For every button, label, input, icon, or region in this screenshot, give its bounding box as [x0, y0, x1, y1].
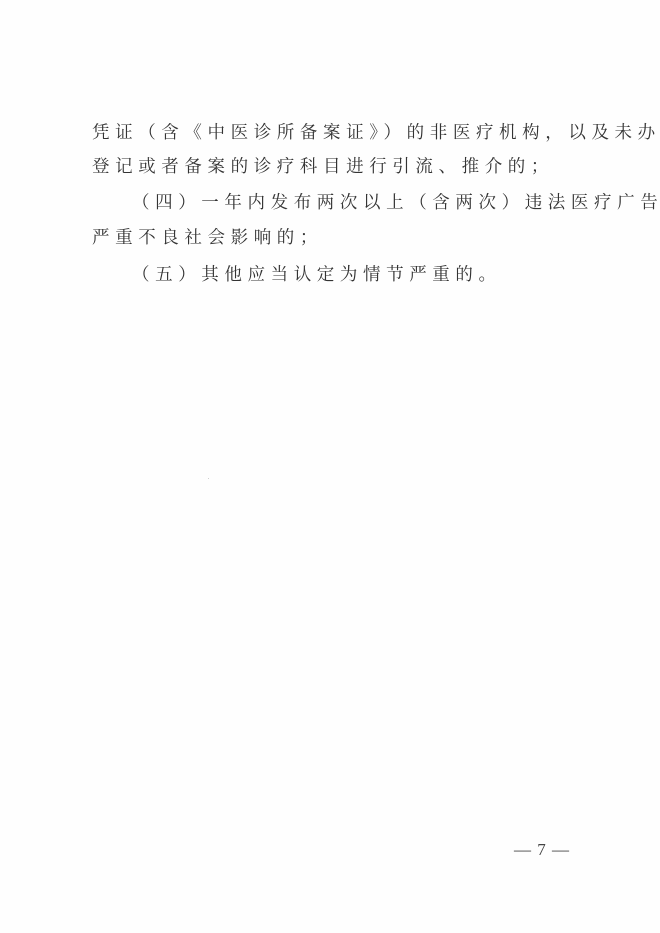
paragraph-continuation-line-2: 登记或者备案的诊疗科目进行引流、推介的；	[92, 156, 584, 178]
item-5-line-1: （五）其他应当认定为情节严重的。	[132, 264, 584, 286]
paragraph-continuation-line-1: 凭证（含《中医诊所备案证》）的非医疗机构，以及未办理核准	[92, 122, 584, 144]
page-number: — 7 —	[514, 840, 570, 860]
scan-speck	[208, 478, 209, 479]
item-4-line-2: 严重不良社会影响的；	[92, 227, 584, 249]
item-4-line-1: （四）一年内发布两次以上（含两次）违法医疗广告，造成	[132, 192, 584, 214]
document-page: 凭证（含《中医诊所备案证》）的非医疗机构，以及未办理核准 登记或者备案的诊疗科目…	[0, 0, 660, 933]
